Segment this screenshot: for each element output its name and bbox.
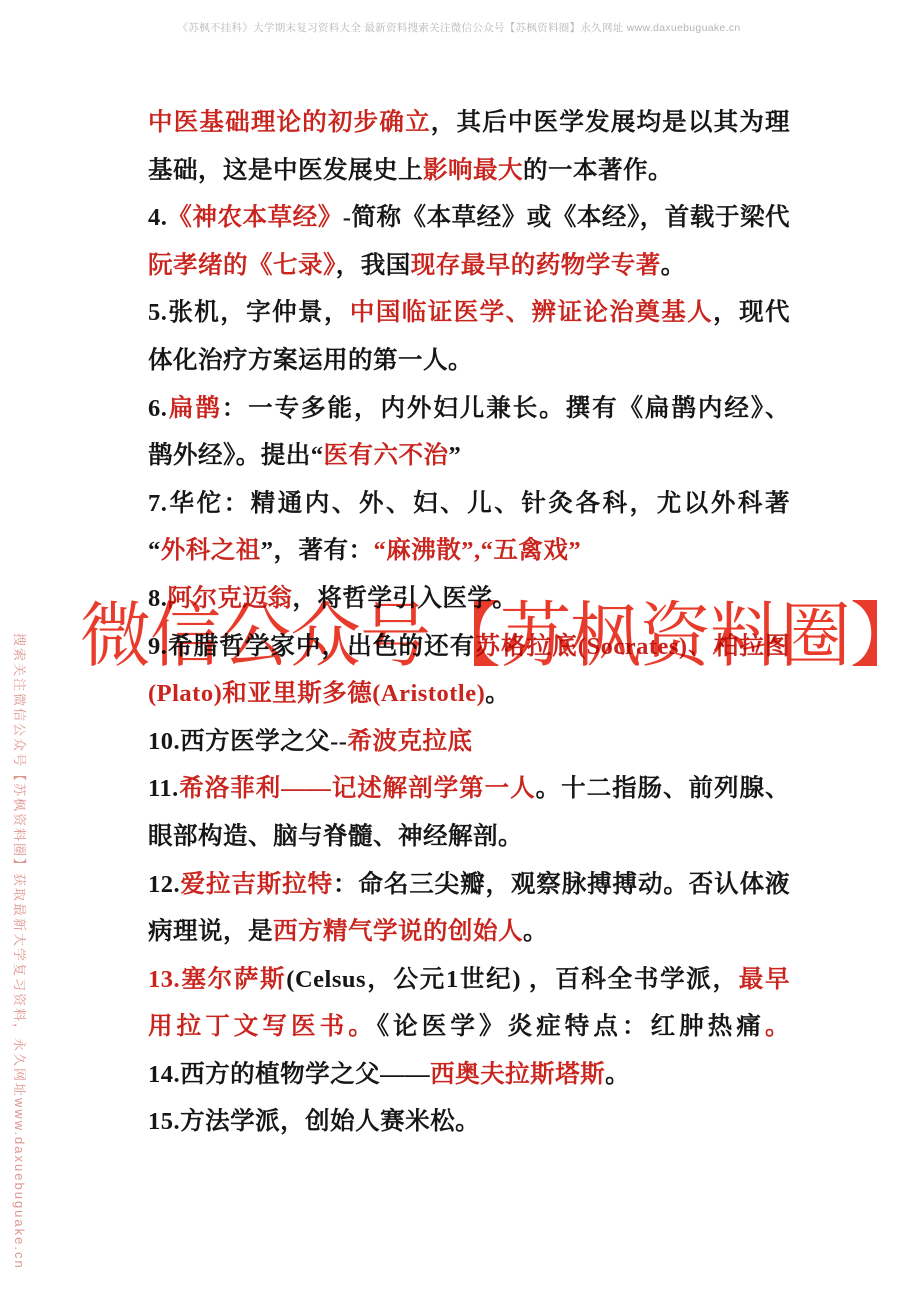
text-segment: 15.方法学派，创始人赛米松。 — [148, 1108, 480, 1135]
text-segment: 《论医学》炎症特点：红肿热痛 — [377, 1013, 765, 1040]
text-segment: 9.希腊哲学家中，出色的还有 — [148, 633, 475, 660]
text-segment: 。 — [605, 1061, 630, 1088]
text-segment: ”，著有： — [261, 537, 374, 564]
text-segment: 的一本著作。 — [523, 157, 673, 184]
text-line: 10.西方医学之父--希波克拉底 — [148, 718, 790, 766]
text-segment: 体化治疗方案运用的第一人。 — [148, 347, 473, 374]
text-segment: (Plato)和亚里斯多德(Aristotle) — [148, 680, 485, 707]
text-segment: 阮孝绪的《七录》 — [148, 252, 336, 279]
text-segment: 中国临证医学、辨证论治奠基人 — [350, 299, 713, 326]
text-line: 11.希洛菲利——记述解剖学第一人。十二指肠、前列腺、 — [148, 765, 790, 813]
text-segment: 14.西方的植物学之父—— — [148, 1061, 430, 1088]
text-segment: 爱拉吉斯拉特 — [180, 871, 333, 898]
text-segment: 10.西方医学之父-- — [148, 728, 347, 755]
text-segment: 现存最早的药物学专著 — [411, 252, 661, 279]
text-segment: “ — [148, 537, 161, 564]
text-segment: 《神农本草经》 — [167, 204, 342, 231]
text-segment: ：一专多能，内外妇儿兼长。撰有《扁鹊内经》、《扁 — [148, 395, 790, 433]
text-line: 7.华佗：精通内、外、妇、儿、针灸各科，尤以外科著称。 — [148, 480, 790, 528]
text-segment: 8. — [148, 585, 167, 612]
text-segment: ” — [449, 442, 462, 469]
text-segment: 。 — [485, 680, 510, 707]
text-segment: 医有六不治 — [324, 442, 449, 469]
text-segment: (Celsus，公元1世纪) ，百科全书学派， — [286, 966, 738, 993]
text-line: 5.张机，字仲景，中国临证医学、辨证论治奠基人，现代个 — [148, 289, 790, 337]
text-line: 基础，这是中医发展史上影响最大的一本著作。 — [148, 147, 790, 195]
text-segment: 。 — [523, 918, 548, 945]
text-line: 眼部构造、脑与脊髓、神经解剖。 — [148, 813, 790, 861]
text-segment: 西奥夫拉斯塔斯 — [430, 1061, 605, 1088]
text-line: 用拉丁文写医书。《论医学》炎症特点：红肿热痛。 — [148, 1003, 790, 1051]
text-line: 12.爱拉吉斯拉特：命名三尖瓣，观察脉搏搏动。否认体液 — [148, 861, 790, 909]
text-line: (Plato)和亚里斯多德(Aristotle)。 — [148, 670, 790, 718]
text-segment: 病理说，是 — [148, 918, 273, 945]
text-segment: 中医基础理论的初步确立 — [148, 109, 431, 136]
text-segment: 4. — [148, 204, 167, 231]
text-segment: 西方精气学说的创始人 — [273, 918, 523, 945]
text-line: 体化治疗方案运用的第一人。 — [148, 337, 790, 385]
text-segment: 12. — [148, 871, 180, 898]
text-segment: 用拉丁文写医书。 — [148, 1013, 377, 1040]
text-segment: 。十二指肠、前列腺、 — [536, 775, 790, 802]
text-segment: 希洛菲利——记述解剖学第一人 — [179, 775, 536, 802]
text-segment: 5.张机，字仲景， — [148, 299, 350, 326]
text-line: 中医基础理论的初步确立，其后中医学发展均是以其为理论 — [148, 99, 790, 147]
text-segment: ，我国 — [336, 252, 411, 279]
text-segment: 扁鹊 — [167, 395, 221, 422]
side-vertical-note: 搜索关注微信公众号【苏枫资料圈】获取最新大学复习资料，永久网址www.daxue… — [11, 633, 30, 1270]
text-segment: 。 — [661, 252, 686, 279]
text-line: 15.方法学派，创始人赛米松。 — [148, 1098, 790, 1146]
text-segment: 11. — [148, 775, 179, 802]
text-segment: -简称《本草经》或《本经》，首载于梁代 — [343, 204, 790, 231]
text-line: “外科之祖”，著有：“麻沸散”,“五禽戏” — [148, 527, 790, 575]
document-body: 中医基础理论的初步确立，其后中医学发展均是以其为理论基础，这是中医发展史上影响最… — [148, 99, 790, 1146]
text-segment: 鹊外经》。提出“ — [148, 442, 324, 469]
text-segment: ，将哲学引入医学。 — [292, 585, 517, 612]
text-line: 阮孝绪的《七录》，我国现存最早的药物学专著。 — [148, 242, 790, 290]
text-segment: 眼部构造、脑与脊髓、神经解剖。 — [148, 823, 523, 850]
text-line: 8.阿尔克迈翁，将哲学引入医学。 — [148, 575, 790, 623]
text-line: 鹊外经》。提出“医有六不治” — [148, 432, 790, 480]
text-segment: 基础，这是中医发展史上 — [148, 157, 423, 184]
text-segment: 苏格拉底(Socrates)、柏拉图 — [475, 633, 790, 660]
text-segment: 7.华佗：精通内、外、妇、儿、针灸各科，尤以外科著称。 — [148, 490, 790, 528]
document-page: 《苏枫不挂科》大学期末复习资料大全 最新资料搜索关注微信公众号【苏枫资料圈】永久… — [0, 0, 918, 1298]
text-segment: 13.塞尔萨斯 — [148, 966, 286, 993]
text-segment: ：命名三尖瓣，观察脉搏搏动。否认体液 — [333, 871, 790, 898]
text-line: 13.塞尔萨斯(Celsus，公元1世纪) ，百科全书学派，最早 — [148, 956, 790, 1004]
text-segment: 影响最大 — [423, 157, 523, 184]
text-line: 14.西方的植物学之父——西奥夫拉斯塔斯。 — [148, 1051, 790, 1099]
text-segment: 希波克拉底 — [347, 728, 472, 755]
text-segment: 外科之祖 — [161, 537, 261, 564]
page-header-note: 《苏枫不挂科》大学期末复习资料大全 最新资料搜索关注微信公众号【苏枫资料圈】永久… — [0, 20, 918, 35]
text-segment: 最早 — [739, 966, 790, 993]
text-segment: 。 — [765, 1013, 790, 1040]
text-segment: 6. — [148, 395, 167, 422]
text-line: 病理说，是西方精气学说的创始人。 — [148, 908, 790, 956]
text-line: 6.扁鹊：一专多能，内外妇儿兼长。撰有《扁鹊内经》、《扁 — [148, 385, 790, 433]
text-segment: 阿尔克迈翁 — [167, 585, 292, 612]
text-line: 4.《神农本草经》-简称《本草经》或《本经》，首载于梁代 — [148, 194, 790, 242]
text-line: 9.希腊哲学家中，出色的还有苏格拉底(Socrates)、柏拉图 — [148, 623, 790, 671]
text-segment: “麻沸散”,“五禽戏” — [374, 537, 582, 564]
